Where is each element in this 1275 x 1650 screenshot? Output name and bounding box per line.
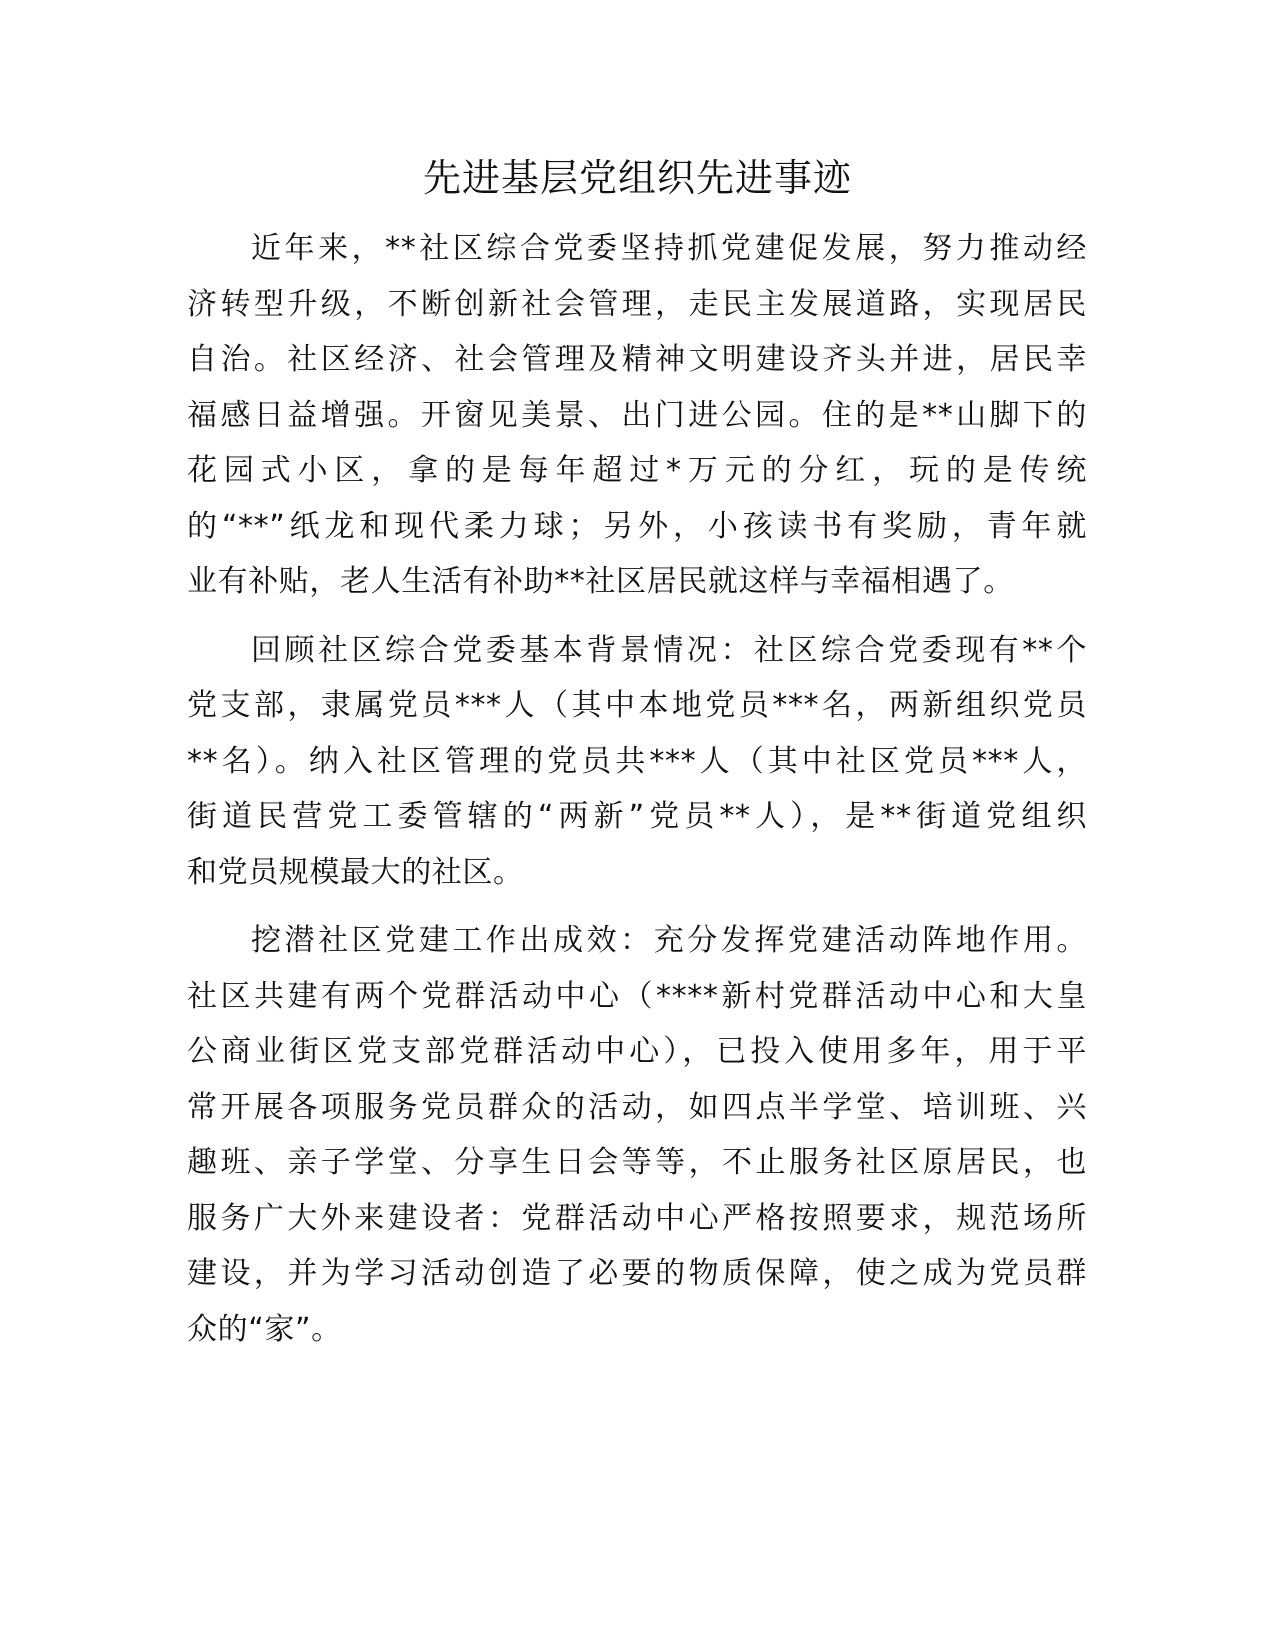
text-line: 的“**”纸龙和现代柔力球；另外，小孩读书有奖励，青年就 (187, 499, 1087, 555)
text-line: 和党员规模最大的社区。 (187, 845, 1087, 901)
text-line: 常开展各项服务党员群众的活动，如四点半学堂、培训班、兴 (187, 1080, 1087, 1136)
text-line: 花园式小区，拿的是每年超过*万元的分红，玩的是传统 (187, 443, 1087, 499)
paragraph-background: 回顾社区综合党委基本背景情况：社区综合党委现有**个 党支部，隶属党员***人（… (187, 623, 1087, 901)
paragraph-overview: 近年来，**社区综合党委坚持抓党建促发展，努力推动经 济转型升级，不断创新社会管… (187, 221, 1087, 610)
text-line: 街道民营党工委管辖的“两新”党员**人），是**街道党组织 (187, 789, 1087, 845)
document-title: 先进基层党组织先进事迹 (0, 148, 1275, 208)
paragraph-achievements: 挖潜社区党建工作出成效：充分发挥党建活动阵地作用。 社区共建有两个党群活动中心（… (187, 913, 1087, 1357)
text-line: 服务广大外来建设者：党群活动中心严格按照要求，规范场所 (187, 1191, 1087, 1247)
text-line: 挖潜社区党建工作出成效：充分发挥党建活动阵地作用。 (187, 913, 1087, 969)
text-line: **名）。纳入社区管理的党员共***人（其中社区党员***人， (187, 734, 1087, 790)
document-page: 先进基层党组织先进事迹 近年来，**社区综合党委坚持抓党建促发展，努力推动经 济… (0, 0, 1275, 1650)
text-line: 趣班、亲子学堂、分享生日会等等，不止服务社区原居民，也 (187, 1135, 1087, 1191)
text-line: 党支部，隶属党员***人（其中本地党员***名，两新组织党员 (187, 678, 1087, 734)
text-line: 回顾社区综合党委基本背景情况：社区综合党委现有**个 (187, 623, 1087, 679)
text-line: 业有补贴，老人生活有补助**社区居民就这样与幸福相遇了。 (187, 554, 1087, 610)
text-line: 近年来，**社区综合党委坚持抓党建促发展，努力推动经 (187, 221, 1087, 277)
text-line: 公商业街区党支部党群活动中心），已投入使用多年，用于平 (187, 1024, 1087, 1080)
text-line: 建设，并为学习活动创造了必要的物质保障，使之成为党员群 (187, 1246, 1087, 1302)
text-line: 福感日益增强。开窗见美景、出门进公园。住的是**山脚下的 (187, 388, 1087, 444)
text-line: 济转型升级，不断创新社会管理，走民主发展道路，实现居民 (187, 277, 1087, 333)
text-line: 众的“家”。 (187, 1302, 1087, 1358)
text-line: 社区共建有两个党群活动中心（****新村党群活动中心和大皇 (187, 969, 1087, 1025)
text-line: 自治。社区经济、社会管理及精神文明建设齐头并进，居民幸 (187, 332, 1087, 388)
document-body: 近年来，**社区综合党委坚持抓党建促发展，努力推动经 济转型升级，不断创新社会管… (187, 221, 1087, 1370)
